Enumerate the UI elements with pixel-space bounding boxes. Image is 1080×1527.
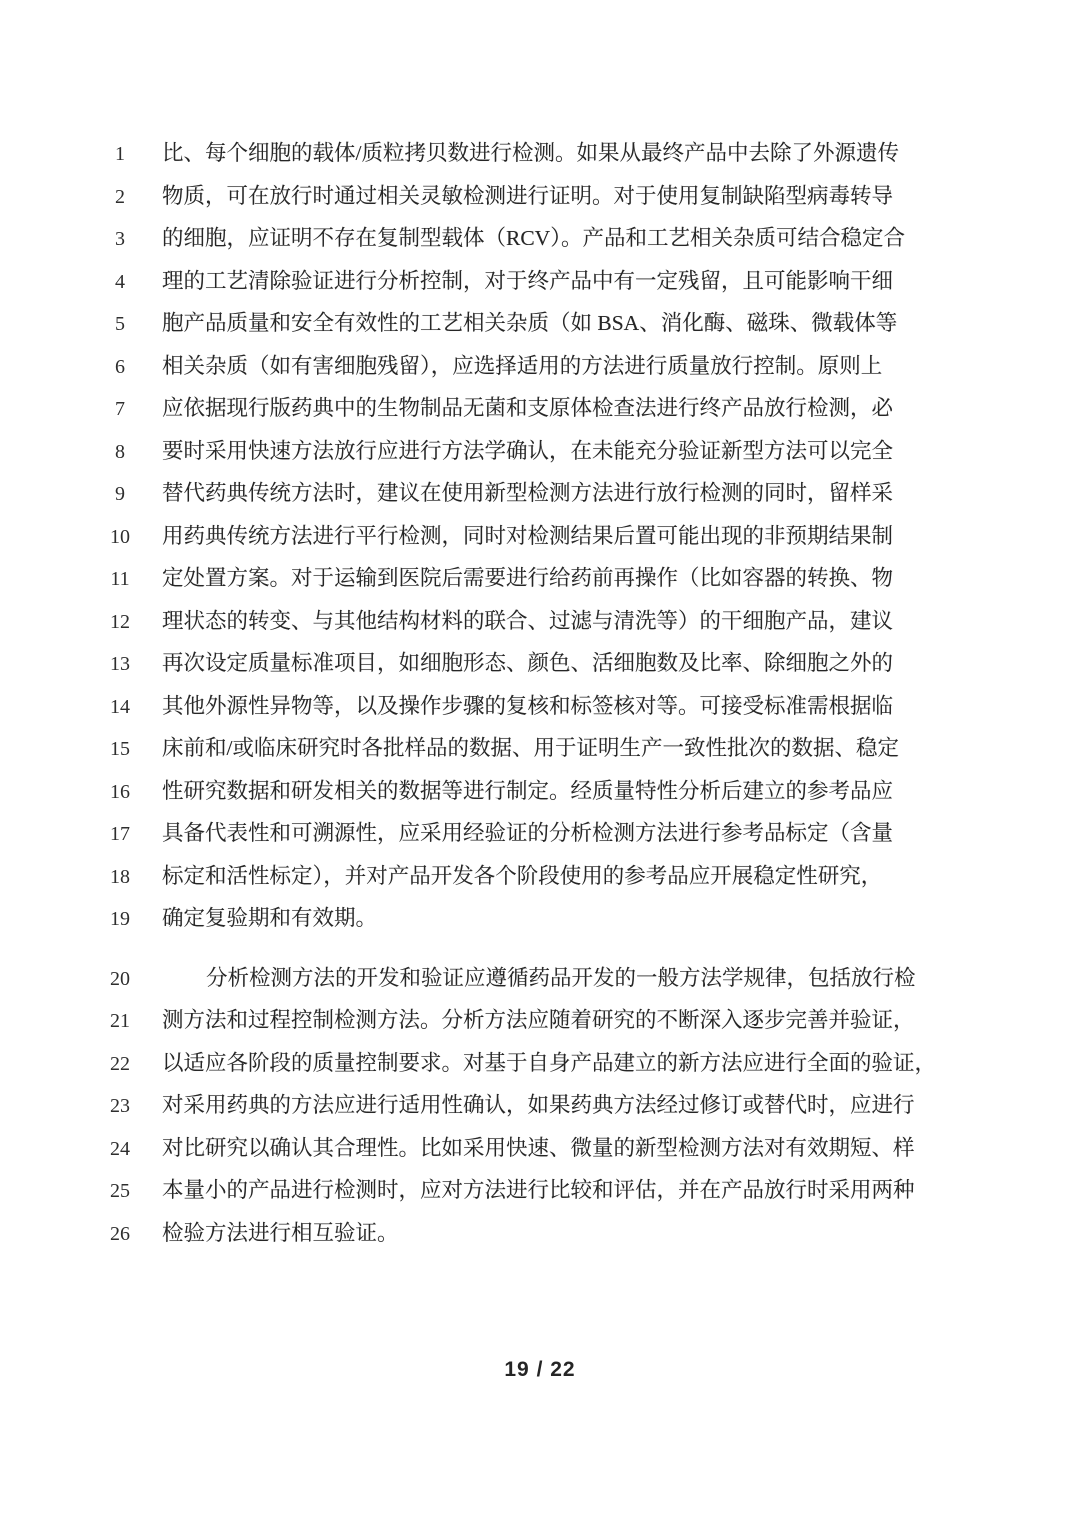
- line-number: 25: [100, 1170, 140, 1213]
- line-number: 20: [100, 958, 140, 1001]
- text-line: 20分析检测方法的开发和验证应遵循药品开发的一般方法学规律，包括放行检: [100, 957, 980, 1000]
- line-number: 22: [100, 1043, 140, 1086]
- text-line: 9替代药典传统方法时，建议在使用新型检测方法进行放行检测的同时，留样采: [100, 472, 980, 515]
- text-line: 21测方法和过程控制检测方法。分析方法应随着研究的不断深入逐步完善并验证，: [100, 999, 980, 1042]
- line-number: 18: [100, 856, 140, 899]
- text-line: 12理状态的转变、与其他结构材料的联合、过滤与清洗等）的干细胞产品，建议: [100, 600, 980, 643]
- line-text: 本量小的产品进行检测时，应对方法进行比较和评估，并在产品放行时采用两种: [162, 1169, 915, 1212]
- text-line: 7应依据现行版药典中的生物制品无菌和支原体检查法进行终产品放行检测，必: [100, 387, 980, 430]
- line-text: 具备代表性和可溯源性，应采用经验证的分析检测方法进行参考品标定（含量: [162, 812, 893, 855]
- text-line: 1比、每个细胞的载体/质粒拷贝数进行检测。如果从最终产品中去除了外源遗传: [100, 132, 980, 175]
- line-number: 15: [100, 728, 140, 771]
- line-text: 对采用药典的方法应进行适用性确认，如果药典方法经过修订或替代时，应进行: [162, 1084, 915, 1127]
- line-number: 24: [100, 1128, 140, 1171]
- line-text: 确定复验期和有效期。: [162, 897, 377, 940]
- line-number: 1: [100, 133, 140, 176]
- line-number: 14: [100, 686, 140, 729]
- line-number: 19: [100, 898, 140, 941]
- line-text: 胞产品质量和安全有效性的工艺相关杂质（如 BSA、消化酶、磁珠、微载体等: [162, 302, 897, 345]
- text-line: 25本量小的产品进行检测时，应对方法进行比较和评估，并在产品放行时采用两种: [100, 1169, 980, 1212]
- line-number: 2: [100, 176, 140, 219]
- page-number: 19 / 22: [504, 1358, 575, 1381]
- line-text: 用药典传统方法进行平行检测，同时对检测结果后置可能出现的非预期结果制: [162, 515, 893, 558]
- text-line: 6相关杂质（如有害细胞残留），应选择适用的方法进行质量放行控制。原则上: [100, 345, 980, 388]
- text-line: 19确定复验期和有效期。: [100, 897, 980, 940]
- line-text: 理状态的转变、与其他结构材料的联合、过滤与清洗等）的干细胞产品，建议: [162, 600, 893, 643]
- text-line: 17具备代表性和可溯源性，应采用经验证的分析检测方法进行参考品标定（含量: [100, 812, 980, 855]
- line-number: 7: [100, 388, 140, 431]
- page-footer: 19 / 22: [0, 1358, 1080, 1382]
- text-line: 18标定和活性标定），并对产品开发各个阶段使用的参考品应开展稳定性研究，: [100, 855, 980, 898]
- text-line: 15床前和/或临床研究时各批样品的数据、用于证明生产一致性批次的数据、稳定: [100, 727, 980, 770]
- text-line: 3的细胞，应证明不存在复制型载体（RCV）。产品和工艺相关杂质可结合稳定合: [100, 217, 980, 260]
- line-text: 定处置方案。对于运输到医院后需要进行给药前再操作（比如容器的转换、物: [162, 557, 893, 600]
- document-body: 1比、每个细胞的载体/质粒拷贝数进行检测。如果从最终产品中去除了外源遗传2物质，…: [100, 132, 980, 1254]
- line-number: 3: [100, 218, 140, 261]
- line-number: 6: [100, 346, 140, 389]
- line-text: 物质，可在放行时通过相关灵敏检测进行证明。对于使用复制缺陷型病毒转导: [162, 175, 893, 218]
- line-text: 对比研究以确认其合理性。比如采用快速、微量的新型检测方法对有效期短、样: [162, 1127, 915, 1170]
- document-page: 1比、每个细胞的载体/质粒拷贝数进行检测。如果从最终产品中去除了外源遗传2物质，…: [0, 0, 1080, 1527]
- line-number: 5: [100, 303, 140, 346]
- line-number: 23: [100, 1085, 140, 1128]
- line-text: 其他外源性异物等，以及操作步骤的复核和标签核对等。可接受标准需根据临: [162, 685, 893, 728]
- text-line: 10用药典传统方法进行平行检测，同时对检测结果后置可能出现的非预期结果制: [100, 515, 980, 558]
- text-line: 8要时采用快速方法放行应进行方法学确认，在未能充分验证新型方法可以完全: [100, 430, 980, 473]
- line-text: 再次设定质量标准项目，如细胞形态、颜色、活细胞数及比率、除细胞之外的: [162, 642, 893, 685]
- line-number: 9: [100, 473, 140, 516]
- line-number: 4: [100, 261, 140, 304]
- line-number: 10: [100, 516, 140, 559]
- line-text: 理的工艺清除验证进行分析控制，对于终产品中有一定残留，且可能影响干细: [162, 260, 893, 303]
- line-text: 要时采用快速方法放行应进行方法学确认，在未能充分验证新型方法可以完全: [162, 430, 893, 473]
- line-text: 检验方法进行相互验证。: [162, 1212, 399, 1255]
- line-number: 8: [100, 431, 140, 474]
- text-line: 23对采用药典的方法应进行适用性确认，如果药典方法经过修订或替代时，应进行: [100, 1084, 980, 1127]
- text-line: 26检验方法进行相互验证。: [100, 1212, 980, 1255]
- text-line: 16性研究数据和研发相关的数据等进行制定。经质量特性分析后建立的参考品应: [100, 770, 980, 813]
- line-text: 应依据现行版药典中的生物制品无菌和支原体检查法进行终产品放行检测，必: [162, 387, 893, 430]
- line-text: 以适应各阶段的质量控制要求。对基于自身产品建立的新方法应进行全面的验证，: [162, 1042, 936, 1085]
- line-text: 相关杂质（如有害细胞残留），应选择适用的方法进行质量放行控制。原则上: [162, 345, 882, 388]
- line-text: 标定和活性标定），并对产品开发各个阶段使用的参考品应开展稳定性研究，: [162, 855, 882, 898]
- line-number: 21: [100, 1000, 140, 1043]
- text-line: 4理的工艺清除验证进行分析控制，对于终产品中有一定残留，且可能影响干细: [100, 260, 980, 303]
- line-text: 的细胞，应证明不存在复制型载体（RCV）。产品和工艺相关杂质可结合稳定合: [162, 217, 905, 260]
- line-text: 替代药典传统方法时，建议在使用新型检测方法进行放行检测的同时，留样采: [162, 472, 893, 515]
- text-line: 2物质，可在放行时通过相关灵敏检测进行证明。对于使用复制缺陷型病毒转导: [100, 175, 980, 218]
- text-line: 24对比研究以确认其合理性。比如采用快速、微量的新型检测方法对有效期短、样: [100, 1127, 980, 1170]
- line-number: 16: [100, 771, 140, 814]
- line-number: 17: [100, 813, 140, 856]
- line-number: 26: [100, 1213, 140, 1256]
- text-line: 5胞产品质量和安全有效性的工艺相关杂质（如 BSA、消化酶、磁珠、微载体等: [100, 302, 980, 345]
- text-line: 22以适应各阶段的质量控制要求。对基于自身产品建立的新方法应进行全面的验证，: [100, 1042, 980, 1085]
- line-text: 测方法和过程控制检测方法。分析方法应随着研究的不断深入逐步完善并验证，: [162, 999, 915, 1042]
- line-text: 分析检测方法的开发和验证应遵循药品开发的一般方法学规律，包括放行检: [162, 957, 916, 1000]
- text-line: 11定处置方案。对于运输到医院后需要进行给药前再操作（比如容器的转换、物: [100, 557, 980, 600]
- line-text: 床前和/或临床研究时各批样品的数据、用于证明生产一致性批次的数据、稳定: [162, 727, 899, 770]
- line-text: 性研究数据和研发相关的数据等进行制定。经质量特性分析后建立的参考品应: [162, 770, 893, 813]
- line-number: 11: [100, 558, 140, 601]
- text-line: 13再次设定质量标准项目，如细胞形态、颜色、活细胞数及比率、除细胞之外的: [100, 642, 980, 685]
- line-number: 12: [100, 601, 140, 644]
- line-text: 比、每个细胞的载体/质粒拷贝数进行检测。如果从最终产品中去除了外源遗传: [162, 132, 899, 175]
- line-number: 13: [100, 643, 140, 686]
- text-line: 14其他外源性异物等，以及操作步骤的复核和标签核对等。可接受标准需根据临: [100, 685, 980, 728]
